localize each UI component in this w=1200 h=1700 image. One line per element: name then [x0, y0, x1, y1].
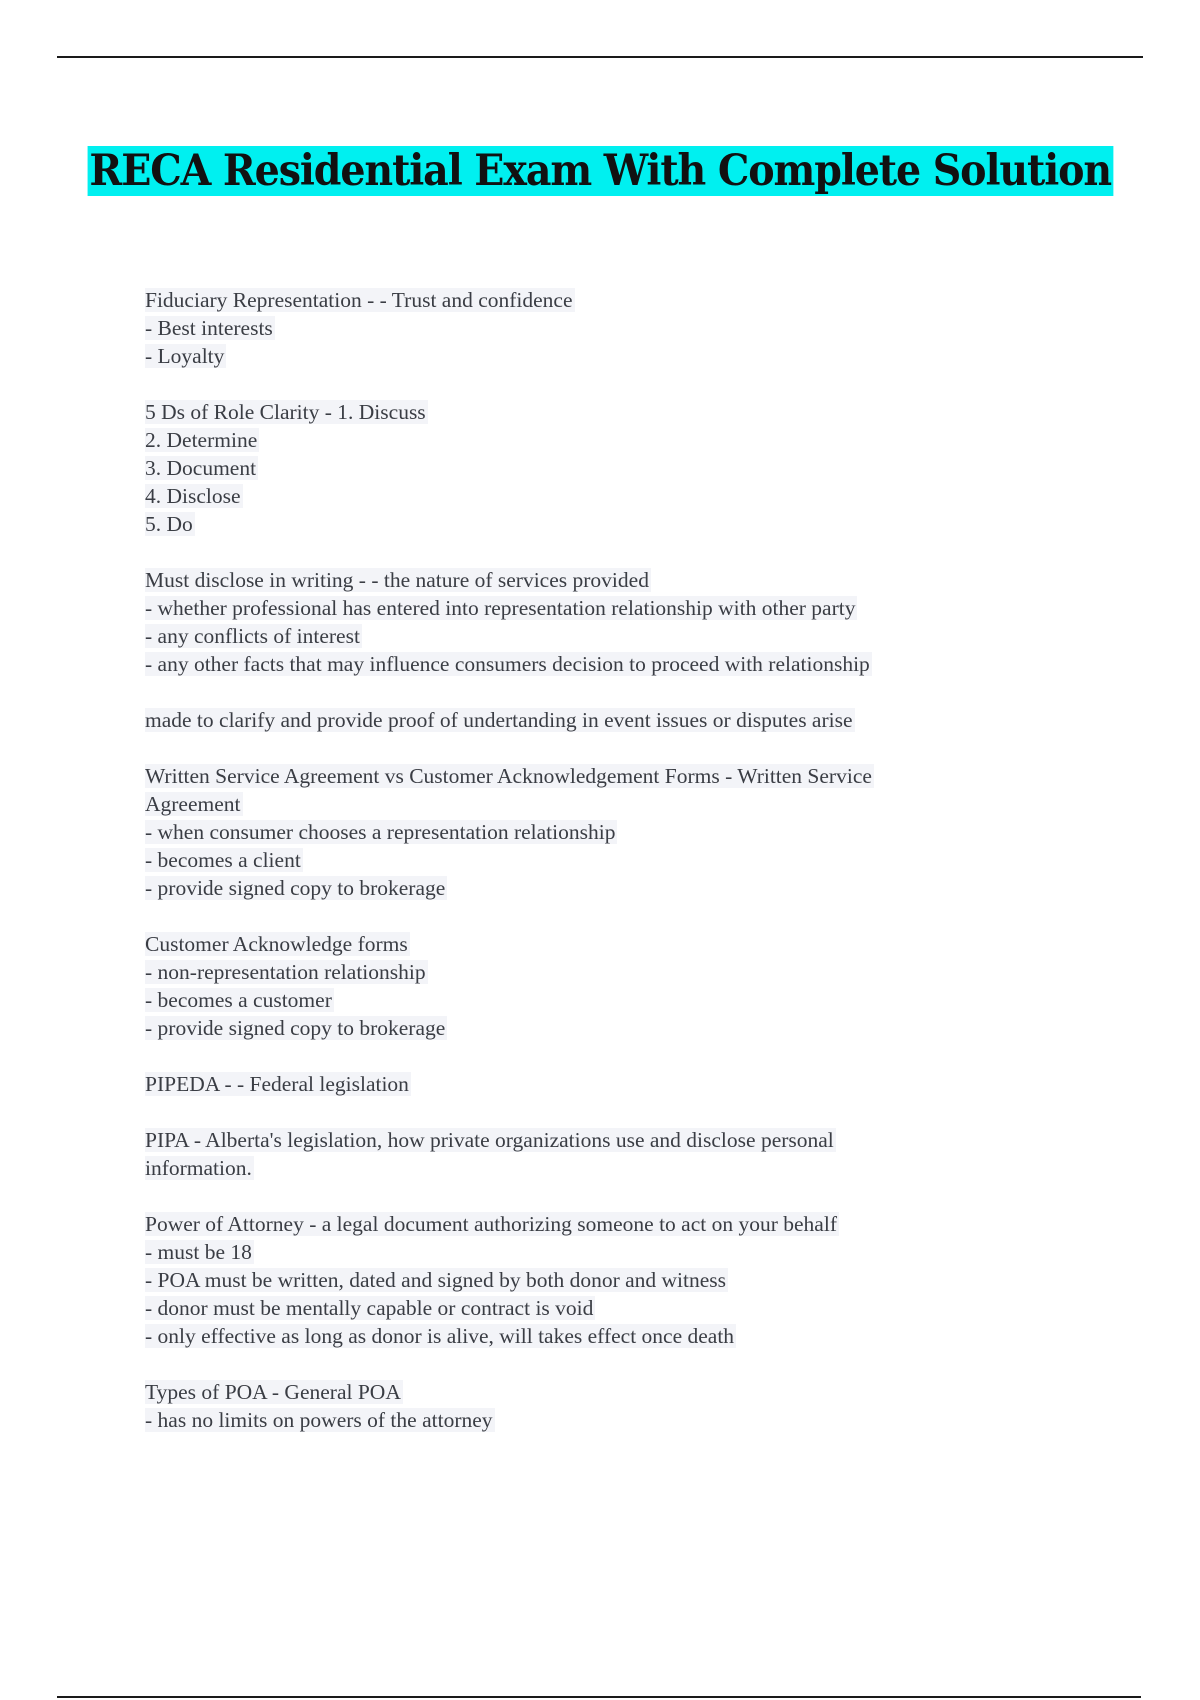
- qa-entry: PIPEDA - - Federal legislation: [145, 1070, 1045, 1098]
- line-text: PIPA - Alberta's legislation, how privat…: [145, 1128, 836, 1152]
- entry-detail-line: - provide signed copy to brokerage: [145, 874, 1045, 902]
- footer-rule: [57, 1696, 1141, 1698]
- entry-detail-line: 5. Do: [145, 510, 1045, 538]
- line-text: 5 Ds of Role Clarity - 1. Discuss: [145, 400, 428, 424]
- entry-detail-line: 3. Document: [145, 454, 1045, 482]
- page-title-text: RECA Residential Exam With Complete Solu…: [87, 146, 1112, 196]
- entry-detail-line: - only effective as long as donor is ali…: [145, 1322, 1045, 1350]
- line-text: - donor must be mentally capable or cont…: [145, 1296, 595, 1320]
- line-text: 5. Do: [145, 512, 195, 536]
- entry-term-line: Customer Acknowledge forms: [145, 930, 1045, 958]
- line-text: 4. Disclose: [145, 484, 243, 508]
- line-text: information.: [145, 1156, 254, 1180]
- document-body: Fiduciary Representation - - Trust and c…: [145, 286, 1045, 1462]
- line-text: - POA must be written, dated and signed …: [145, 1268, 728, 1292]
- qa-entry: Written Service Agreement vs Customer Ac…: [145, 762, 1045, 902]
- line-text: Customer Acknowledge forms: [145, 932, 410, 956]
- entry-term-line: Must disclose in writing - - the nature …: [145, 566, 1045, 594]
- line-text: Agreement: [145, 792, 243, 816]
- entry-detail-line: - non-representation relationship: [145, 958, 1045, 986]
- qa-entry: Customer Acknowledge forms- non-represen…: [145, 930, 1045, 1042]
- line-text: - provide signed copy to brokerage: [145, 876, 447, 900]
- entry-term-line: Written Service Agreement vs Customer Ac…: [145, 762, 1045, 790]
- entry-term-line: Power of Attorney - a legal document aut…: [145, 1210, 1045, 1238]
- qa-entry: Types of POA - General POA- has no limit…: [145, 1378, 1045, 1434]
- line-text: made to clarify and provide proof of und…: [145, 708, 855, 732]
- entry-detail-line: information.: [145, 1154, 1045, 1182]
- qa-entry: PIPA - Alberta's legislation, how privat…: [145, 1126, 1045, 1182]
- qa-entry: 5 Ds of Role Clarity - 1. Discuss2. Dete…: [145, 398, 1045, 538]
- entry-detail-line: - Loyalty: [145, 342, 1045, 370]
- line-text: - Loyalty: [145, 344, 226, 368]
- entry-detail-line: - when consumer chooses a representation…: [145, 818, 1045, 846]
- line-text: - non-representation relationship: [145, 960, 428, 984]
- entry-detail-line: Agreement: [145, 790, 1045, 818]
- entry-detail-line: 2. Determine: [145, 426, 1045, 454]
- entry-term-line: PIPEDA - - Federal legislation: [145, 1070, 1045, 1098]
- line-text: Types of POA - General POA: [145, 1380, 403, 1404]
- qa-entry: Power of Attorney - a legal document aut…: [145, 1210, 1045, 1350]
- line-text: Must disclose in writing - - the nature …: [145, 568, 651, 592]
- entry-detail-line: - has no limits on powers of the attorne…: [145, 1406, 1045, 1434]
- line-text: PIPEDA - - Federal legislation: [145, 1072, 411, 1096]
- line-text: - becomes a client: [145, 848, 303, 872]
- entry-detail-line: - any conflicts of interest: [145, 622, 1045, 650]
- entry-detail-line: - becomes a client: [145, 846, 1045, 874]
- line-text: - whether professional has entered into …: [145, 596, 857, 620]
- entry-detail-line: 4. Disclose: [145, 482, 1045, 510]
- line-text: - when consumer chooses a representation…: [145, 820, 617, 844]
- line-text: - provide signed copy to brokerage: [145, 1016, 447, 1040]
- line-text: - any other facts that may influence con…: [145, 652, 872, 676]
- line-text: 2. Determine: [145, 428, 259, 452]
- header-rule: [57, 56, 1143, 58]
- page-title: RECA Residential Exam With Complete Solu…: [87, 143, 1112, 199]
- line-text: Written Service Agreement vs Customer Ac…: [145, 764, 874, 788]
- line-text: - any conflicts of interest: [145, 624, 362, 648]
- entry-detail-line: - any other facts that may influence con…: [145, 650, 1045, 678]
- line-text: - must be 18: [145, 1240, 254, 1264]
- entry-detail-line: - Best interests: [145, 314, 1045, 342]
- line-text: 3. Document: [145, 456, 258, 480]
- entry-detail-line: - POA must be written, dated and signed …: [145, 1266, 1045, 1294]
- line-text: Fiduciary Representation - - Trust and c…: [145, 288, 575, 312]
- qa-entry: made to clarify and provide proof of und…: [145, 706, 1045, 734]
- entry-detail-line: - donor must be mentally capable or cont…: [145, 1294, 1045, 1322]
- title-container: RECA Residential Exam With Complete Solu…: [0, 143, 1200, 199]
- entry-detail-line: - becomes a customer: [145, 986, 1045, 1014]
- line-text: - becomes a customer: [145, 988, 334, 1012]
- entry-detail-line: - whether professional has entered into …: [145, 594, 1045, 622]
- qa-entry: Fiduciary Representation - - Trust and c…: [145, 286, 1045, 370]
- entry-detail-line: - provide signed copy to brokerage: [145, 1014, 1045, 1042]
- entry-term-line: 5 Ds of Role Clarity - 1. Discuss: [145, 398, 1045, 426]
- entry-detail-line: - must be 18: [145, 1238, 1045, 1266]
- entry-term-line: PIPA - Alberta's legislation, how privat…: [145, 1126, 1045, 1154]
- entry-term-line: Fiduciary Representation - - Trust and c…: [145, 286, 1045, 314]
- line-text: - has no limits on powers of the attorne…: [145, 1408, 495, 1432]
- qa-entry: Must disclose in writing - - the nature …: [145, 566, 1045, 678]
- line-text: - only effective as long as donor is ali…: [145, 1324, 736, 1348]
- entry-term-line: Types of POA - General POA: [145, 1378, 1045, 1406]
- line-text: Power of Attorney - a legal document aut…: [145, 1212, 839, 1236]
- entry-term-line: made to clarify and provide proof of und…: [145, 706, 1045, 734]
- line-text: - Best interests: [145, 316, 275, 340]
